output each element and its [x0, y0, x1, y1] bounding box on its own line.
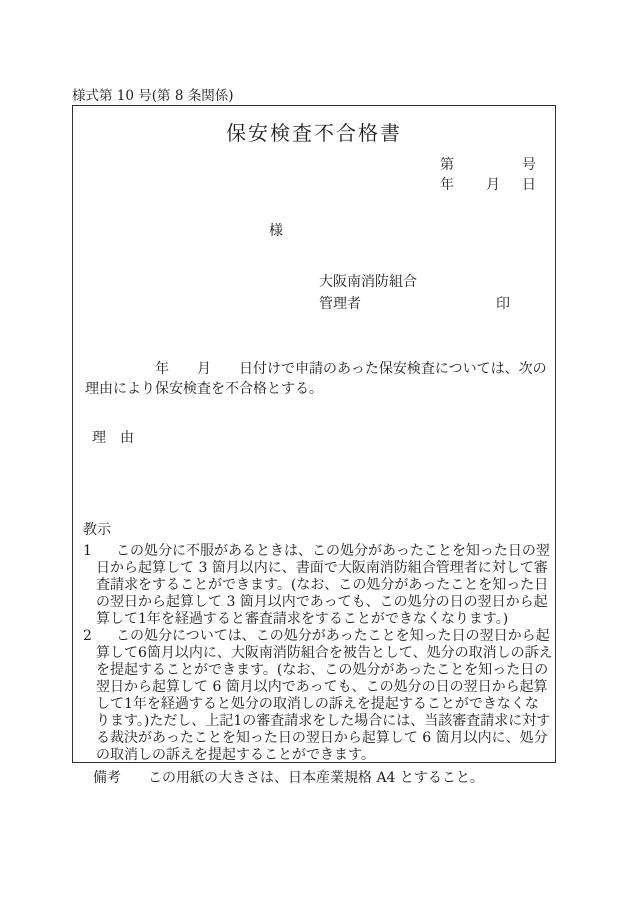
- issuer-title: 管理者: [319, 296, 361, 313]
- kyoji-item-line: 翌日から起算して 6 箇月以内であっても、この処分の日の翌日から起算: [83, 679, 545, 696]
- kyoji-item-line: る裁決があったことを知った日の翌日から起算して 6 箇月以内に、処分: [83, 730, 545, 747]
- kyoji-item-line: 日から起算して 3 箇月以内に、書面で大阪南消防組合管理者に対して審: [83, 560, 545, 577]
- kyoji-item-line: 算して6箇月以内に、大阪南消防組合を被告として、処分の取消しの訴え: [83, 645, 545, 662]
- kyoji-item-line: ります。)ただし、上記1の審査請求をした場合には、当該審査請求に対す: [83, 713, 545, 730]
- kyoji-item-number: 2: [83, 628, 116, 645]
- remarks-line: 備考この用紙の大きさは、日本産業規格 A4 とすること。: [93, 770, 484, 787]
- addressee-honorific: 様: [269, 223, 283, 240]
- date-month-label: 月: [486, 177, 500, 194]
- kyoji-item-first-line: 1この処分に不服があるときは、この処分があったことを知った日の翌: [83, 543, 545, 560]
- form-number-header: 様式第 10 号(第 8 条関係): [72, 84, 233, 104]
- body-text-line2: 理由により保安検査を不合格とする。: [85, 381, 323, 398]
- document-title: 保安検査不合格書: [73, 117, 555, 146]
- date-year-label: 年: [440, 177, 454, 194]
- kyoji-item-line: 査請求をすることができます。(なお、この処分があったことを知った日: [83, 577, 545, 594]
- document-page: 様式第 10 号(第 8 条関係) 保安検査不合格書 第 号 年 月 日 様 大…: [0, 0, 630, 903]
- kyoji-item-first-line: 2この処分については、この処分があったことを知った日の翌日から起: [83, 628, 545, 645]
- kyoji-item-line: 算して1年を経過すると審査請求をすることができなくなります。): [83, 611, 545, 628]
- body-text-line1: 年 月 日付けで申請のあった保安検査については、次の: [155, 361, 547, 378]
- reason-label: 理 由: [92, 430, 134, 447]
- date-day-label: 日: [522, 177, 536, 194]
- remarks-label: 備考: [93, 770, 148, 787]
- document-border-box: 保安検査不合格書 第 号 年 月 日 様 大阪南消防組合 管理者 印 年 月 日…: [72, 105, 556, 763]
- kyoji-item-line: の翌日から起算して 3 箇月以内であっても、この処分の日の翌日から起: [83, 594, 545, 611]
- seal-placeholder: 印: [496, 296, 510, 313]
- kyoji-item-text: この処分については、この処分があったことを知った日の翌日から起: [116, 628, 550, 644]
- instructions-heading: 教示: [83, 522, 545, 539]
- kyoji-item-line: して1年を経過すると処分の取消しの訴えを提起することができなくな: [83, 696, 545, 713]
- kyoji-item-text: この処分に不服があるときは、この処分があったことを知った日の翌: [116, 543, 550, 559]
- remarks-text: この用紙の大きさは、日本産業規格 A4 とすること。: [148, 770, 484, 786]
- doc-number-prefix: 第: [440, 157, 454, 174]
- instructions-items: 1この処分に不服があるときは、この処分があったことを知った日の翌日から起算して …: [83, 543, 545, 764]
- kyoji-item-line: を提起することができます。(なお、この処分があったことを知った日の: [83, 662, 545, 679]
- doc-number-suffix: 号: [522, 157, 536, 174]
- kyoji-item-number: 1: [83, 543, 116, 560]
- instructions-section: 教示 1この処分に不服があるときは、この処分があったことを知った日の翌日から起算…: [83, 522, 545, 764]
- issuer-organization: 大阪南消防組合: [319, 274, 417, 291]
- kyoji-item-line: の取消しの訴えを提起することができます。: [83, 747, 545, 764]
